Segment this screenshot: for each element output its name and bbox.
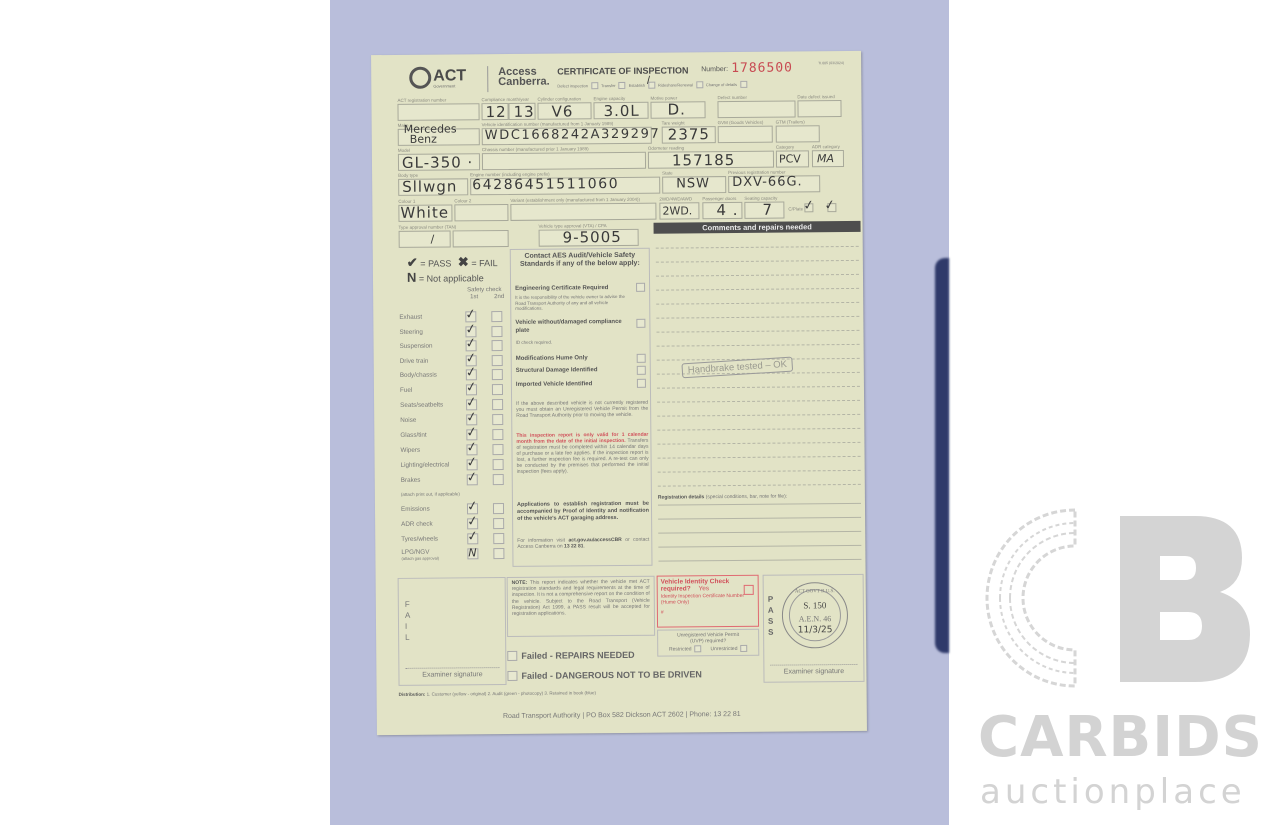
comment-line [656, 316, 859, 319]
check-label: Steering [399, 329, 423, 336]
check-mark-icon: ✓ [466, 455, 479, 471]
aes-structural: Structural Damage Identified [516, 367, 598, 374]
tan-field-2[interactable] [453, 230, 509, 247]
doors-value: 4 . [716, 201, 738, 219]
type-checkbox-establish[interactable]: / [648, 82, 655, 89]
registration-details-label: Registration details (special conditions… [658, 494, 787, 501]
type-label: Change of details [706, 82, 737, 87]
check-label: Brakes [401, 477, 421, 484]
field-label: Cylinder configuration [537, 96, 581, 101]
field-label: Compliance month/year [481, 97, 529, 102]
aes-mods: Modifications Hume Only [516, 355, 588, 362]
date-defect-field[interactable] [797, 100, 841, 117]
info-end: . [583, 543, 584, 549]
colour1-value: White . [400, 203, 460, 222]
comment-line [657, 400, 860, 403]
reg-line [658, 503, 861, 506]
check-2nd-box[interactable] [492, 429, 503, 440]
reg-line [658, 559, 861, 562]
category-value: PCV [779, 152, 801, 165]
field-label: 2WD/4WD/AWD [659, 196, 692, 201]
comment-line [656, 330, 859, 333]
failed-dangerous-checkbox[interactable] [507, 671, 517, 681]
page-title: CERTIFICATE OF INSPECTION [557, 65, 688, 76]
chassis-field[interactable] [482, 152, 646, 170]
fail-letter: I [405, 621, 410, 632]
check-label: Noise [400, 417, 416, 424]
uvp-title: Unregistered Vehicle Permit (UVP) requir… [658, 632, 758, 645]
field-label: ACT registration number [397, 97, 446, 102]
certificate-number: 1786500 [731, 60, 793, 76]
check-label: Tyres/wheels [401, 536, 438, 543]
uvp-box: Unregistered Vehicle Permit (UVP) requir… [657, 629, 759, 657]
variant-field[interactable] [510, 203, 656, 221]
footer-address: Road Transport Authority | PO Box 582 Di… [377, 710, 867, 721]
check-mark-icon: ✓ [465, 380, 478, 396]
comment-line [656, 274, 859, 277]
motive-power-value: D. [667, 100, 685, 118]
field-label: Defect number [717, 95, 747, 100]
na-mark: N [468, 546, 476, 559]
failed-repairs-option[interactable]: Failed - REPAIRS NEEDED [507, 650, 634, 661]
tare-value: 2375 [668, 125, 710, 143]
comments-header: Comments and repairs needed [654, 221, 861, 234]
aes-title: Contact AES Audit/Vehicle Safety Standar… [511, 252, 649, 269]
comment-line [658, 470, 861, 473]
safety-check-heading: Safety check [467, 287, 501, 293]
field-label: Colour 2 [454, 198, 471, 203]
check-mark-icon: ✓ [465, 365, 478, 381]
uvp-restricted-checkbox[interactable] [694, 645, 701, 652]
comment-line [657, 428, 860, 431]
comment-line [656, 288, 859, 291]
pass-check-icon: ✔ [407, 255, 418, 270]
seats-value: 7 [762, 201, 773, 219]
lpg-note: (attach gas approval) [401, 556, 439, 561]
check-2nd-box[interactable] [492, 414, 503, 425]
field-label: GTM (Trailers) [776, 119, 805, 124]
distribution-note: Distribution: 1. Customer (yellow - orig… [399, 690, 596, 697]
structural-checkbox[interactable] [637, 366, 646, 375]
signature-line [770, 664, 857, 666]
inspection-type-row: Defect inspection Transfer Establish/ Ri… [557, 81, 747, 90]
type-label: Transfer [601, 83, 616, 88]
check-mark-icon: ✓ [466, 529, 479, 545]
gtm-field[interactable] [776, 125, 820, 142]
check-2nd-box[interactable] [493, 518, 504, 529]
check-mark-icon: ✓ [466, 514, 479, 530]
type-label: Rideshare/Renewal [658, 82, 693, 87]
check-2nd-box[interactable] [493, 459, 504, 470]
vic-title-text: Vehicle Identity Check required? [661, 578, 730, 593]
aes-info: For information visit act.gov.au/accessC… [517, 537, 649, 550]
mods-checkbox[interactable] [637, 354, 646, 363]
field-label: Engine capacity [593, 96, 625, 101]
check-2nd-box[interactable] [493, 503, 504, 514]
comments-section: Comments and repairs needed Handbrake te… [654, 221, 864, 563]
colour2-field[interactable] [454, 204, 508, 221]
field-label: Category [776, 144, 794, 149]
check-mark-icon: ✓ [465, 425, 478, 441]
fail-box: F A I L Examiner signature [398, 577, 507, 686]
comment-line [657, 414, 860, 417]
check-label: Wipers [400, 447, 420, 454]
number-label: Number: [701, 66, 728, 73]
comment-line [656, 260, 859, 263]
comment-line [656, 302, 859, 305]
type-label: Establish [629, 83, 645, 88]
compliance-month-value: 12 [485, 103, 506, 121]
vic-number-field[interactable]: # [661, 609, 755, 616]
aes-eng-note: It is the responsibility of the vehicle … [515, 294, 633, 312]
aes-apply: Applications to establish registration m… [517, 501, 649, 523]
aes-para1: If the above described vehicle is not cu… [516, 400, 648, 419]
distribution-text: 1. Customer (yellow - original) 2. Audit… [425, 690, 596, 696]
make-line2: Benz [404, 134, 457, 144]
drive-value: 2WD. [662, 204, 692, 217]
check-mark-icon: ✓ [466, 470, 479, 486]
uvp-unrestricted-label: Unrestricted [710, 645, 737, 651]
col-1st: 1st [470, 294, 478, 300]
type-checkbox-transfer[interactable] [619, 82, 626, 89]
aes-imported: Imported Vehicle Identified [516, 381, 592, 388]
check-label: Glass/tint [400, 432, 426, 439]
field-label: Chassis number (manufactured prior 1 Jan… [482, 146, 589, 152]
check-label: ADR check [401, 521, 433, 528]
cylinder-value: V6 [551, 102, 573, 120]
col-2nd: 2nd [494, 294, 504, 300]
type-label: Defect inspection [557, 83, 588, 88]
check-label: Body/chassis [400, 372, 437, 379]
vta-value: 9-5005 [563, 228, 622, 247]
failed-dangerous-option[interactable]: Failed - DANGEROUS NOT TO BE DRIVEN [507, 669, 701, 681]
check-mark-icon: ✓ [464, 307, 477, 323]
failed-repairs-checkbox[interactable] [507, 651, 517, 661]
check-mark-icon: ✓ [465, 336, 478, 352]
vic-title: Vehicle Identity Check required? Yes [661, 578, 755, 593]
check-2nd-box[interactable] [492, 369, 503, 380]
fail-letter: A [405, 610, 410, 621]
check-2nd-box[interactable] [492, 384, 503, 395]
field-label: Type approval number (TAN) [399, 224, 457, 230]
check-2nd-box[interactable] [491, 326, 502, 337]
vin-value: WDC1668242A329297 [485, 127, 661, 144]
signature-line [405, 667, 499, 669]
prev-rego-value: DXV-66G. [732, 174, 803, 190]
pass-examiner-signature[interactable]: Examiner signature [764, 668, 863, 676]
aes-contact-box: Contact AES Audit/Vehicle Safety Standar… [510, 248, 653, 567]
fail-letter: L [405, 632, 410, 643]
gvm-field[interactable] [718, 126, 773, 143]
body-type-value: Sllwgn [402, 177, 457, 195]
check-label: Emissions [401, 506, 430, 513]
reg-line [658, 531, 861, 534]
note-label: NOTE: [512, 580, 528, 586]
na-symbol: N [407, 270, 417, 285]
type-checkbox-rideshare[interactable] [696, 81, 703, 88]
aes-validity: This inspection report is only valid for… [516, 432, 648, 475]
legend-pass: = PASS [420, 258, 451, 268]
distribution-label: Distribution: [399, 692, 426, 697]
brakes-note: (attach print out, if applicable) [401, 491, 460, 497]
carbids-watermark: CARBIDS auctionplace [970, 500, 1260, 820]
check-label: Lighting/electrical [401, 461, 450, 468]
odometer-value: 157185 [672, 151, 735, 170]
check-2nd-box[interactable] [492, 340, 503, 351]
check-mark-icon: ✓ [465, 395, 478, 411]
comment-line [656, 246, 859, 249]
uvp-restricted-label: Restricted [669, 646, 692, 652]
seal-date: 11/3/25 [783, 625, 847, 636]
check-2nd-box[interactable] [493, 548, 504, 559]
comment-line [657, 386, 860, 389]
check-2nd-box[interactable] [492, 399, 503, 410]
engine-number-value: 64286451511060 [472, 176, 619, 193]
check-label: Fuel [400, 387, 412, 394]
watermark-brand: CARBIDS [978, 705, 1263, 770]
reg-label: Registration details [658, 494, 704, 500]
pass-letter: S [768, 627, 774, 638]
comment-line [658, 484, 861, 487]
check-label: Suspension [400, 343, 433, 350]
field-label: State [662, 171, 673, 176]
form-code: TI.005 (03/2024) [818, 61, 844, 65]
field-label: ADR category [812, 144, 840, 149]
uvp-unrestricted-checkbox[interactable] [740, 645, 747, 652]
field-label: Model [398, 148, 410, 153]
vic-sub: Identity Inspection Certificate Number (… [661, 593, 755, 606]
aes-compliance-plate: Vehicle without/damaged compliance plate [515, 318, 625, 335]
check-mark-icon: ✓ [465, 410, 478, 426]
act-coat-of-arms-icon [409, 67, 431, 89]
seal-aen: A.E.N. 46 [783, 614, 847, 624]
seal-top-text: ACT GOVT R.U.S. [783, 589, 847, 595]
aes-id-check: ID check required. [516, 339, 634, 346]
check-mark-icon: ✓ [465, 440, 478, 456]
vehicle-identity-check-box: Vehicle Identity Check required? Yes Ide… [657, 575, 759, 628]
check-label: Seats/seatbelts [400, 402, 443, 409]
act-rego-field[interactable] [397, 103, 479, 121]
pass-letter: P [768, 594, 774, 605]
aes-eng-cert: Engineering Certificate Required [515, 285, 608, 292]
pass-letter: S [768, 616, 774, 627]
engine-capacity-value: 3.0L [603, 102, 639, 120]
check-2nd-box[interactable] [491, 311, 502, 322]
compliance-year-value: 13 [513, 103, 534, 121]
note-box: NOTE: This report indicates whether the … [507, 576, 656, 637]
type-checkbox-defect[interactable] [591, 82, 598, 89]
reg-note: (special conditions, bar, note for file)… [706, 494, 787, 501]
vic-yes-checkbox[interactable] [744, 585, 754, 595]
pass-box: P A S S ACT GOVT R.U.S. S. 150 A.E.N. 46… [763, 574, 865, 683]
check-label: Drive train [400, 358, 429, 365]
cplate-label: C/Plate [788, 206, 803, 211]
pass-letters: P A S S [768, 594, 774, 638]
check-label: Exhaust [399, 314, 422, 321]
field-label: GVM (Goods Vehicles) [718, 120, 764, 125]
check-2nd-box[interactable] [492, 444, 503, 455]
check-mark-icon: ✓ [466, 499, 479, 515]
pass-letter: A [768, 605, 774, 616]
note-text: This report indicates whether the vehicl… [512, 579, 650, 617]
compliance-plate-checkbox[interactable] [636, 319, 645, 328]
shadow [935, 258, 949, 653]
legend-na: = Not applicable [419, 273, 484, 284]
tan-value: / [431, 233, 435, 246]
check-mark-icon: ✓ [823, 197, 836, 213]
fail-cross-icon: ✖ [458, 254, 469, 269]
logo-divider [487, 66, 488, 92]
comment-line [658, 456, 861, 459]
info-phone: 13 22 81 [564, 543, 584, 549]
seal-number: S. 150 [783, 600, 847, 611]
certificate-document: ACT Government Access Canberra. CERTIFIC… [371, 51, 867, 735]
state-value: NSW [676, 176, 710, 191]
field-label: Odometer reading [648, 145, 684, 150]
legend-fail: = FAIL [471, 258, 497, 268]
reg-line [658, 517, 861, 520]
check-2nd-box[interactable] [492, 355, 503, 366]
comment-line [657, 442, 860, 445]
check-mark-icon: ✓ [802, 198, 815, 214]
imported-checkbox[interactable] [637, 379, 646, 388]
carbids-logo-icon [980, 500, 1260, 690]
eng-cert-checkbox[interactable] [636, 283, 645, 292]
failed-dangerous-label: Failed - DANGEROUS NOT TO BE DRIVEN [521, 669, 701, 681]
reg-line [658, 545, 861, 548]
make-value: Mercedes Benz [404, 124, 457, 144]
agency-line2: Canberra. [498, 77, 549, 87]
model-value: GL-350 · [402, 153, 473, 172]
tan-field[interactable] [399, 230, 451, 247]
check-2nd-box[interactable] [493, 474, 504, 485]
government-label: Government [433, 83, 455, 88]
failed-repairs-label: Failed - REPAIRS NEEDED [521, 650, 634, 661]
adr-value: MA [817, 152, 834, 165]
fail-letters: F A I L [405, 599, 411, 643]
type-checkbox-change[interactable] [740, 81, 747, 88]
access-canberra-logo: Access Canberra. [498, 67, 550, 87]
vic-yes: Yes [698, 585, 709, 592]
field-label: Date defect issued [797, 94, 834, 99]
check-2nd-box[interactable] [493, 533, 504, 544]
comment-line [657, 344, 860, 347]
defect-number-field[interactable] [717, 100, 795, 118]
watermark-sub: auctionplace [980, 772, 1246, 812]
fail-letter: F [405, 599, 410, 610]
examiner-seal-stamp: ACT GOVT R.U.S. S. 150 A.E.N. 46 11/3/25 [782, 582, 849, 649]
fail-examiner-signature[interactable]: Examiner signature [399, 671, 505, 679]
